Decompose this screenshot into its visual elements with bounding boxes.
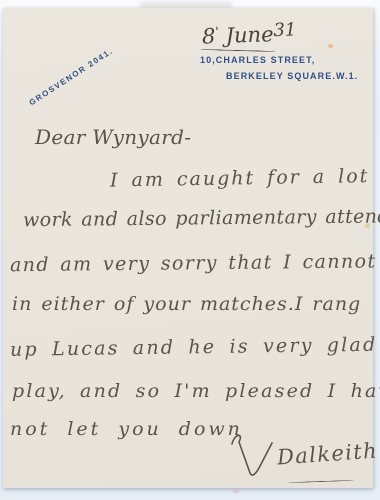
- letter-line: not let you down: [10, 420, 243, 439]
- date-day: 8: [202, 24, 216, 48]
- letter-salutation: Dear Wynyard-: [35, 127, 191, 147]
- letterhead-address-line1: 10,CHARLES STREET,: [200, 55, 315, 65]
- letter-line: and am very sorry that I cannot play: [10, 252, 380, 275]
- handwritten-date: 8' June31: [202, 23, 297, 47]
- letter-line: I am caught for a lot of: [110, 166, 380, 190]
- date-year: 31: [273, 19, 297, 41]
- letter-scan: GROSVENOR 2041. 10,CHARLES STREET, BERKE…: [0, 0, 380, 500]
- letter-line: play, and so I'm pleased I have: [12, 382, 380, 401]
- letter-line-part: in either of your matches.: [12, 295, 295, 314]
- date-month: June: [225, 22, 274, 48]
- letter-line: in either of your matches. I rang: [12, 295, 360, 314]
- signature-flourish: [222, 430, 274, 478]
- date-mark: ': [215, 25, 219, 40]
- letter-line: work and also parliamentary attendance,: [23, 207, 380, 230]
- letter-line-part: I rang: [295, 295, 361, 314]
- letterhead-address-line2: BERKELEY SQUARE.W.1.: [226, 71, 358, 81]
- foxing-spot: [233, 490, 239, 493]
- foxing-spot: [328, 44, 333, 48]
- letter-line: up Lucas and he is very glad to: [10, 335, 380, 360]
